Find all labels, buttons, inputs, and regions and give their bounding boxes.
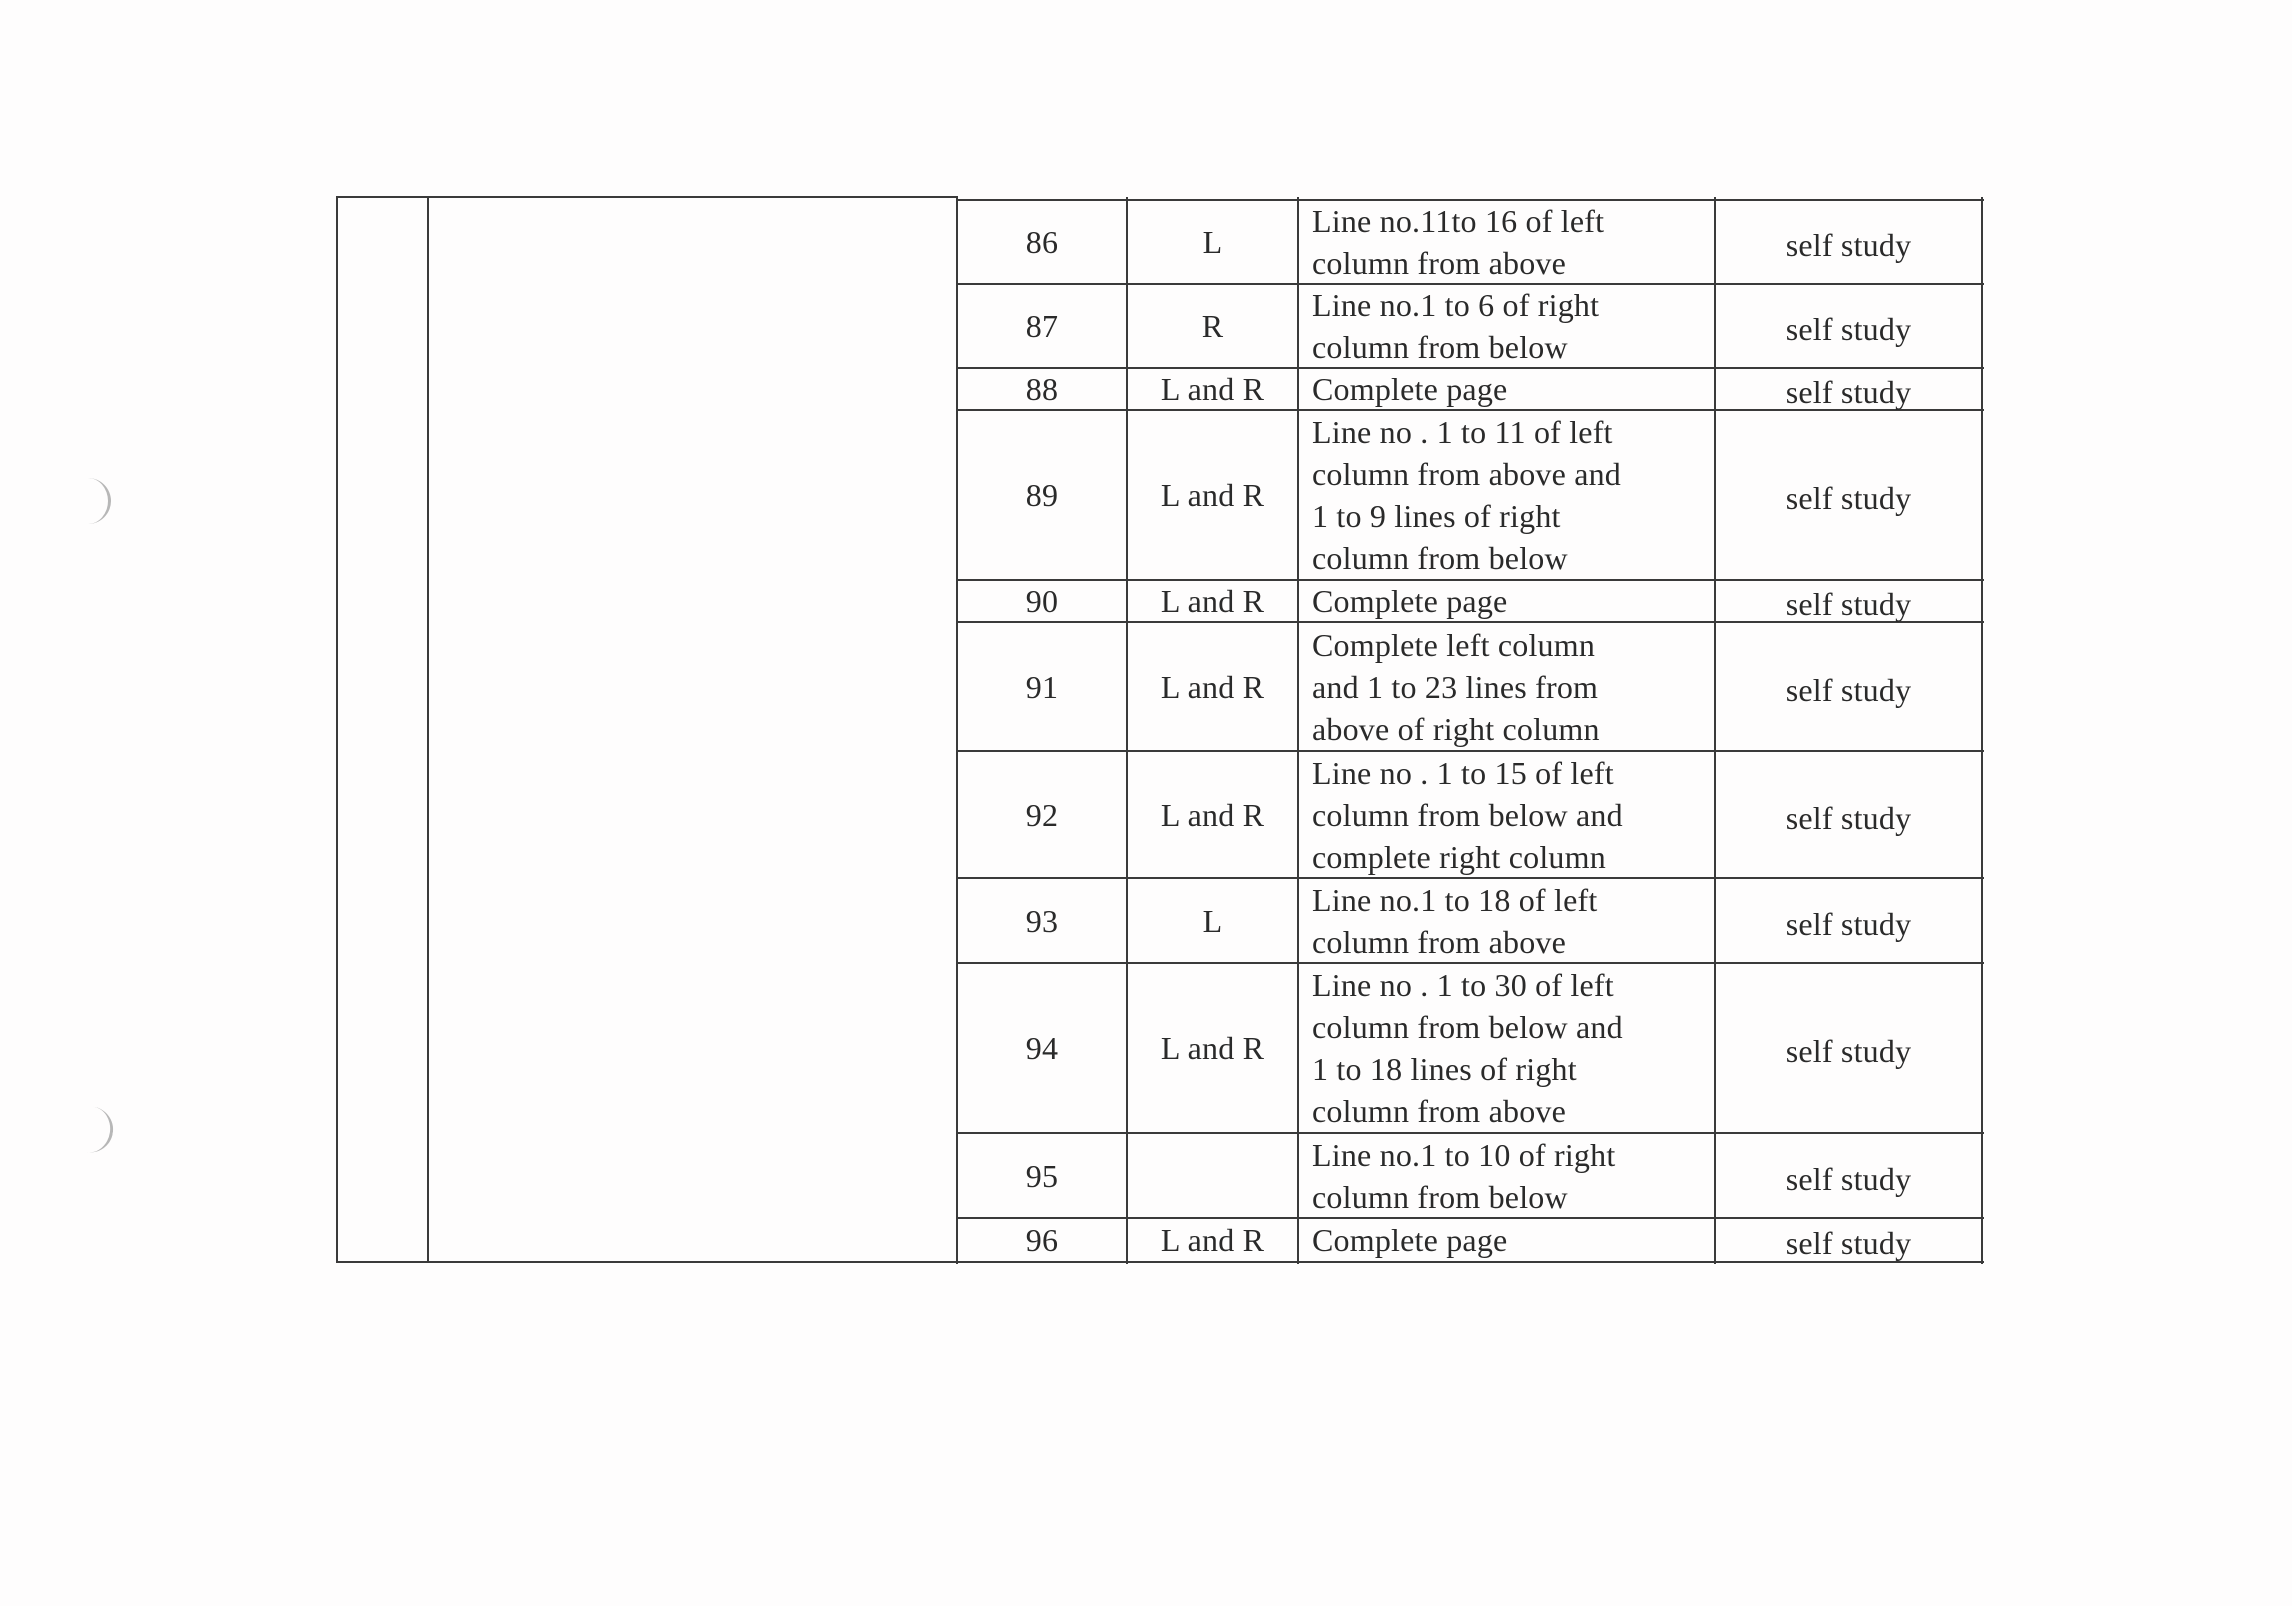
status-cell: self study bbox=[1715, 200, 1982, 284]
portion-description-cell-text: Line no . 1 to 30 of left column from be… bbox=[1312, 964, 1623, 1132]
portion-description-cell: Line no.11to 16 of left column from abov… bbox=[1298, 200, 1715, 284]
portion-description-cell: Line no.1 to 18 of left column from abov… bbox=[1298, 878, 1715, 963]
status-cell-text: self study bbox=[1786, 577, 1912, 625]
reading-schedule-table: 86LLine no.11to 16 of left column from a… bbox=[0, 0, 2292, 1606]
table-border-bottom bbox=[336, 1261, 958, 1263]
page-number-cell-text: 93 bbox=[1026, 900, 1058, 942]
page-number-cell-text: 94 bbox=[1026, 1027, 1058, 1069]
portion-description-cell: Line no.1 to 6 of right column from belo… bbox=[1298, 284, 1715, 368]
portion-description-cell: Line no . 1 to 15 of left column from be… bbox=[1298, 751, 1715, 878]
page-number-cell-text: 86 bbox=[1026, 221, 1058, 263]
page-number-cell: 92 bbox=[957, 751, 1127, 878]
portion-description-cell: Complete page bbox=[1298, 368, 1715, 410]
portion-description-cell-text: Line no.11to 16 of left column from abov… bbox=[1312, 200, 1604, 284]
status-cell-text: self study bbox=[1786, 1152, 1912, 1200]
portion-description-cell-text: Line no.1 to 6 of right column from belo… bbox=[1312, 284, 1599, 368]
page-number-cell: 96 bbox=[957, 1218, 1127, 1262]
status-cell: self study bbox=[1715, 878, 1982, 963]
column-side-cell-text: L and R bbox=[1161, 474, 1264, 516]
status-cell-text: self study bbox=[1786, 897, 1912, 945]
status-cell: self study bbox=[1715, 622, 1982, 751]
status-cell: self study bbox=[1715, 751, 1982, 878]
page-number-cell: 95 bbox=[957, 1133, 1127, 1218]
status-cell: self study bbox=[1715, 284, 1982, 368]
portion-description-cell: Complete page bbox=[1298, 580, 1715, 622]
column-side-cell-text: R bbox=[1202, 305, 1224, 347]
portion-description-cell: Complete left column and 1 to 23 lines f… bbox=[1298, 622, 1715, 751]
scanned-page: 86LLine no.11to 16 of left column from a… bbox=[0, 0, 2292, 1606]
status-cell-text: self study bbox=[1786, 1024, 1912, 1072]
column-side-cell-text: L and R bbox=[1161, 1219, 1264, 1261]
portion-description-cell: Complete page bbox=[1298, 1218, 1715, 1262]
merged-topic-cell bbox=[428, 198, 957, 1262]
page-number-cell-text: 91 bbox=[1026, 666, 1058, 708]
column-side-cell-text: L and R bbox=[1161, 1027, 1264, 1069]
portion-description-cell-text: Complete page bbox=[1312, 368, 1507, 410]
page-number-cell: 91 bbox=[957, 622, 1127, 751]
portion-description-cell-text: Line no . 1 to 15 of left column from be… bbox=[1312, 752, 1623, 878]
page-number-cell-text: 96 bbox=[1026, 1219, 1058, 1261]
column-side-cell: L and R bbox=[1127, 410, 1298, 580]
page-number-cell-text: 95 bbox=[1026, 1155, 1058, 1197]
column-side-cell: L and R bbox=[1127, 368, 1298, 410]
column-side-cell: L and R bbox=[1127, 751, 1298, 878]
portion-description-cell-text: Line no.1 to 18 of left column from abov… bbox=[1312, 879, 1597, 963]
table-border-left bbox=[336, 196, 338, 1263]
column-side-cell: L bbox=[1127, 878, 1298, 963]
portion-description-cell-text: Line no.1 to 10 of right column from bel… bbox=[1312, 1134, 1615, 1218]
status-cell-text: self study bbox=[1786, 218, 1912, 266]
status-cell: self study bbox=[1715, 410, 1982, 580]
column-side-cell: L and R bbox=[1127, 1218, 1298, 1262]
status-cell: self study bbox=[1715, 580, 1982, 622]
status-cell-text: self study bbox=[1786, 365, 1912, 413]
status-cell-text: self study bbox=[1786, 302, 1912, 350]
page-number-cell-text: 89 bbox=[1026, 474, 1058, 516]
portion-description-cell-text: Complete page bbox=[1312, 580, 1507, 622]
portion-description-cell: Line no . 1 to 30 of left column from be… bbox=[1298, 963, 1715, 1133]
page-number-cell: 88 bbox=[957, 368, 1127, 410]
column-side-cell-text: L and R bbox=[1161, 368, 1264, 410]
merged-serial-cell bbox=[337, 198, 428, 1262]
column-side-cell: L and R bbox=[1127, 963, 1298, 1133]
page-number-cell-text: 87 bbox=[1026, 305, 1058, 347]
column-side-cell: R bbox=[1127, 284, 1298, 368]
column-side-cell: L and R bbox=[1127, 622, 1298, 751]
status-cell-text: self study bbox=[1786, 471, 1912, 519]
status-cell-text: self study bbox=[1786, 1216, 1912, 1264]
column-side-cell-text: L bbox=[1203, 900, 1223, 942]
page-number-cell: 86 bbox=[957, 200, 1127, 284]
table-border-top bbox=[336, 196, 958, 198]
status-cell: self study bbox=[1715, 963, 1982, 1133]
page-number-cell: 90 bbox=[957, 580, 1127, 622]
column-side-cell: L and R bbox=[1127, 580, 1298, 622]
column-side-cell: L bbox=[1127, 200, 1298, 284]
column-side-cell-text: L and R bbox=[1161, 794, 1264, 836]
page-number-cell-text: 90 bbox=[1026, 580, 1058, 622]
column-side-cell bbox=[1127, 1133, 1298, 1218]
status-cell: self study bbox=[1715, 1218, 1982, 1262]
status-cell: self study bbox=[1715, 1133, 1982, 1218]
page-number-cell: 87 bbox=[957, 284, 1127, 368]
portion-description-cell: Line no.1 to 10 of right column from bel… bbox=[1298, 1133, 1715, 1218]
status-cell: self study bbox=[1715, 368, 1982, 410]
portion-description-cell-text: Line no . 1 to 11 of left column from ab… bbox=[1312, 411, 1621, 579]
column-divider bbox=[427, 196, 429, 1263]
portion-description-cell-text: Complete left column and 1 to 23 lines f… bbox=[1312, 624, 1600, 750]
status-cell-text: self study bbox=[1786, 791, 1912, 839]
portion-description-cell-text: Complete page bbox=[1312, 1219, 1507, 1261]
portion-description-cell: Line no . 1 to 11 of left column from ab… bbox=[1298, 410, 1715, 580]
page-number-cell-text: 88 bbox=[1026, 368, 1058, 410]
column-side-cell-text: L and R bbox=[1161, 666, 1264, 708]
page-number-cell-text: 92 bbox=[1026, 794, 1058, 836]
page-number-cell: 89 bbox=[957, 410, 1127, 580]
column-side-cell-text: L bbox=[1203, 221, 1223, 263]
column-side-cell-text: L and R bbox=[1161, 580, 1264, 622]
page-number-cell: 93 bbox=[957, 878, 1127, 963]
status-cell-text: self study bbox=[1786, 663, 1912, 711]
page-number-cell: 94 bbox=[957, 963, 1127, 1133]
